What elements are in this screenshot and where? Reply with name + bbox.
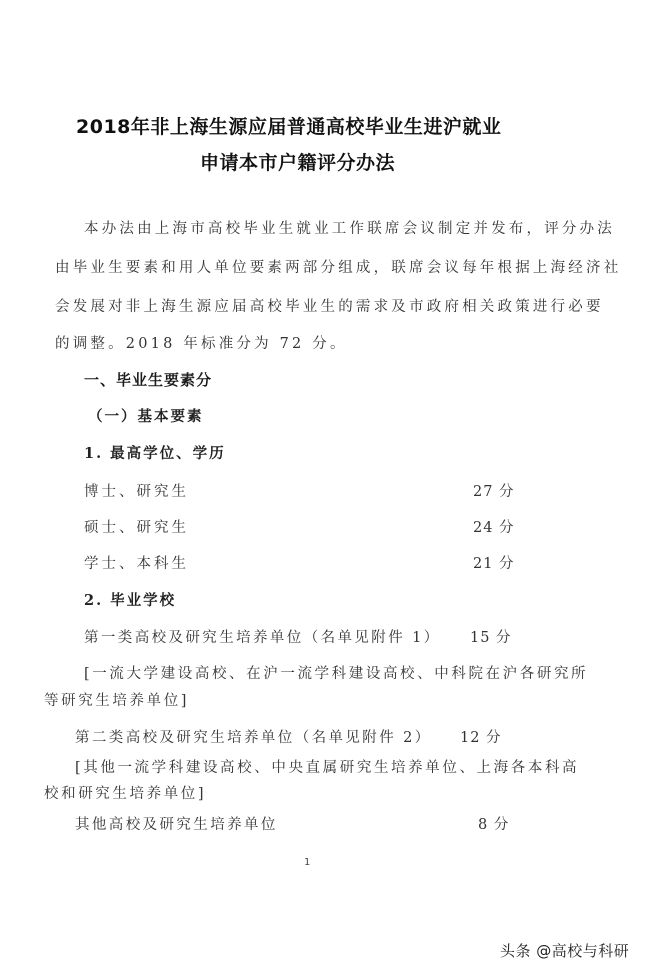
school-item-note: [其他一流学科建设高校、中央直属研究生培养单位、上海各本科高 bbox=[75, 756, 579, 777]
school-item-label: 第二类高校及研究生培养单位（名单见附件 2） bbox=[75, 726, 432, 747]
intro-line-1: 本办法由上海市高校毕业生就业工作联席会议制定并发布，评分办法 bbox=[84, 217, 615, 238]
degree-item-score: 27 分 bbox=[473, 480, 515, 501]
school-item-label: 其他高校及研究生培养单位 bbox=[75, 813, 278, 834]
school-item-label: 第一类高校及研究生培养单位（名单见附件 1） bbox=[84, 626, 441, 647]
school-item-score: 8 分 bbox=[478, 813, 509, 834]
intro-line-3: 会发展对非上海生源应届高校毕业生的需求及市政府相关政策进行必要 bbox=[55, 295, 604, 316]
degree-item-label: 博士、研究生 bbox=[84, 480, 189, 501]
document-title-line-2: 申请本市户籍评分办法 bbox=[200, 148, 395, 175]
degree-item-score: 21 分 bbox=[473, 552, 515, 573]
degree-item-label: 硕士、研究生 bbox=[84, 516, 189, 537]
intro-line-2: 由毕业生要素和用人单位要素两部分组成，联席会议每年根据上海经济社 bbox=[55, 256, 621, 277]
intro-line-4: 的调整。2018 年标准分为 72 分。 bbox=[55, 332, 348, 353]
school-item-note: [一流大学建设高校、在沪一流学科建设高校、中科院在沪各研究所 bbox=[84, 662, 588, 683]
degree-item-label: 学士、本科生 bbox=[84, 552, 189, 573]
school-heading: 2. 毕业学校 bbox=[84, 589, 176, 610]
watermark: 头条 @高校与科研 bbox=[500, 940, 629, 961]
school-item-note: 校和研究生培养单位] bbox=[44, 782, 206, 803]
school-item-score: 15 分 bbox=[470, 626, 512, 647]
page-number: 1 bbox=[304, 857, 310, 868]
degree-heading: 1. 最高学位、学历 bbox=[84, 442, 226, 463]
document-title-line-1: 2018年非上海生源应届普通高校毕业生进沪就业 bbox=[76, 112, 501, 139]
school-item-score: 12 分 bbox=[460, 726, 502, 747]
section-heading: 一、毕业生要素分 bbox=[84, 369, 212, 390]
degree-item-score: 24 分 bbox=[473, 516, 515, 537]
school-item-note: 等研究生培养单位] bbox=[44, 689, 189, 710]
subsection-heading: （一）基本要素 bbox=[88, 405, 204, 426]
